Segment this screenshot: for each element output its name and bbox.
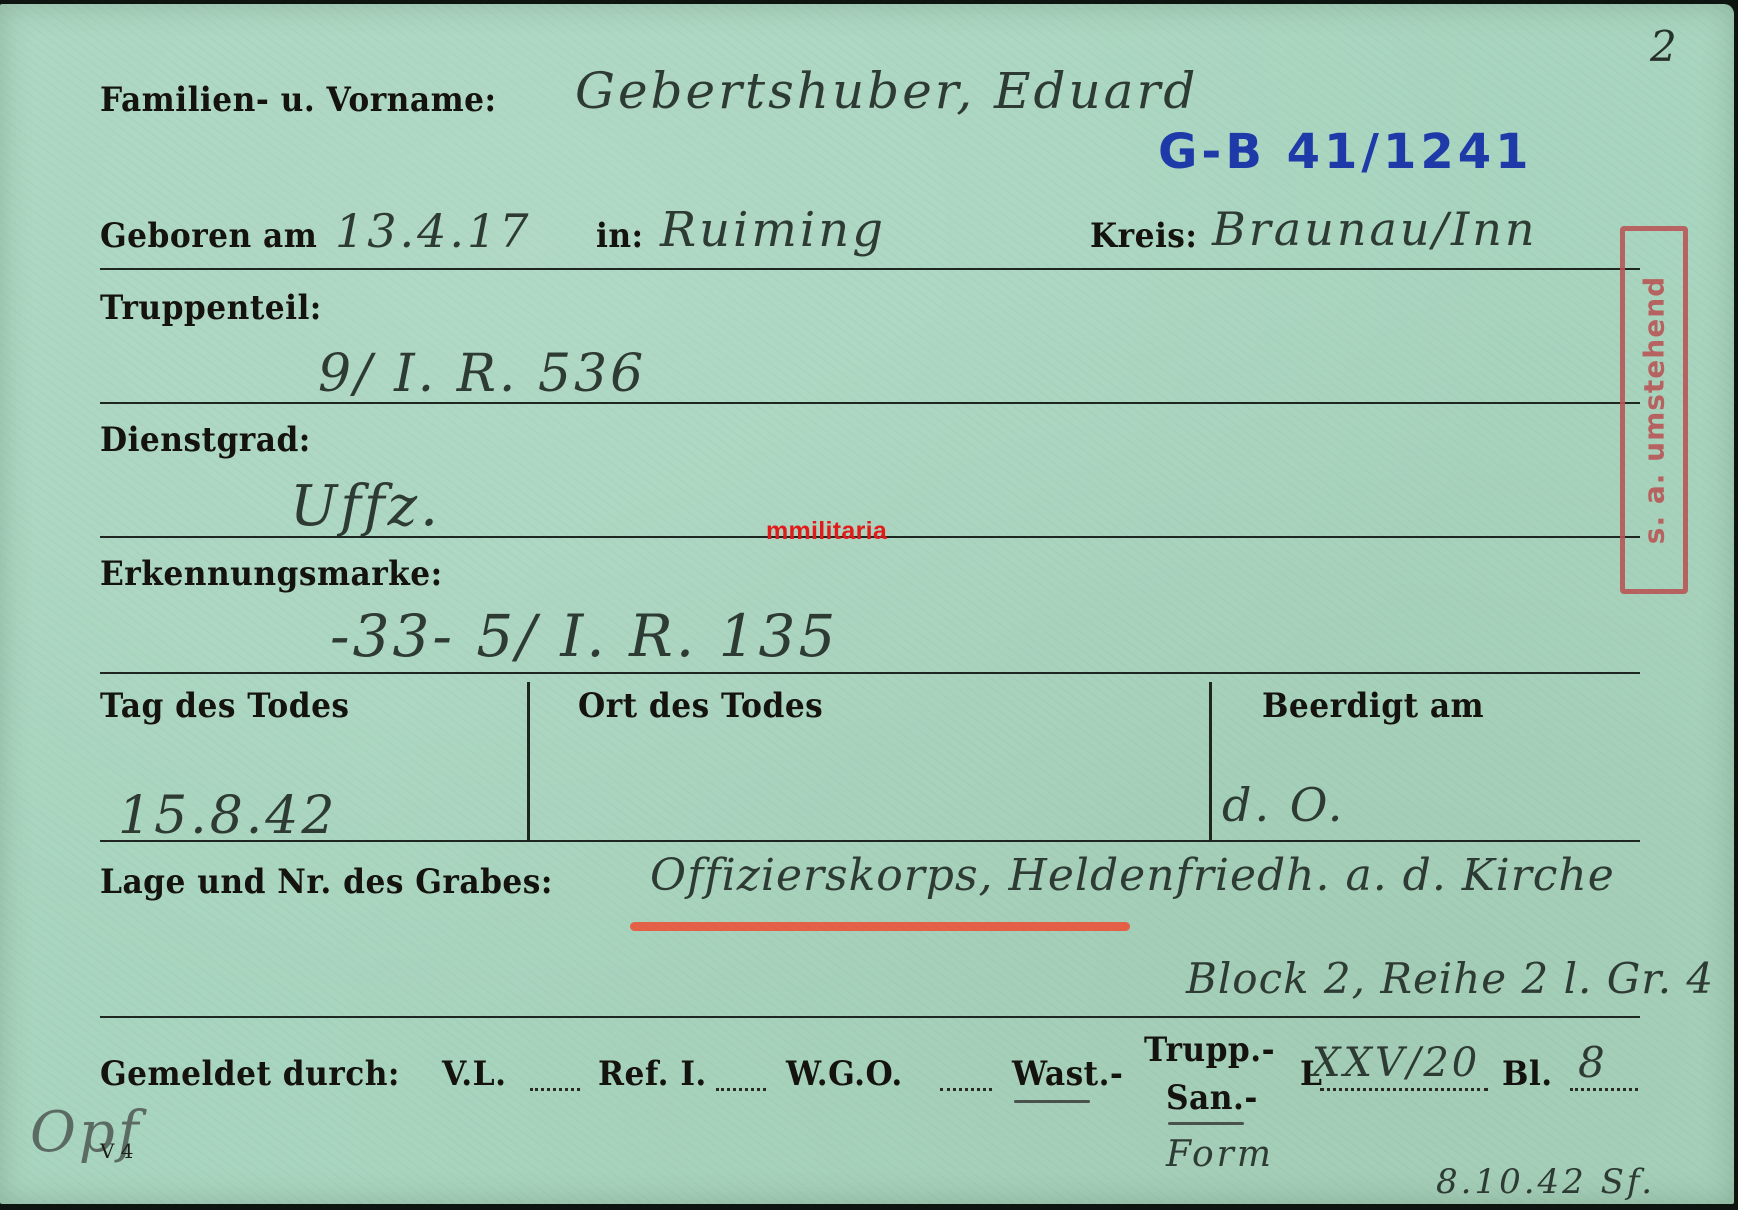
grave-value-line1: Offizierskorps, Heldenfriedh. a. d. Kirc… xyxy=(650,850,1615,901)
reported-by-ref: Ref. I. xyxy=(598,1054,707,1094)
district-label: Kreis: xyxy=(1090,216,1197,256)
date-of-death-label: Tag des Todes xyxy=(100,686,350,726)
sheet-label: Bl. xyxy=(1502,1054,1553,1094)
dots-vl xyxy=(530,1088,580,1091)
watermark: mmilitaria xyxy=(766,517,887,546)
note-under-san: Form xyxy=(1166,1134,1274,1175)
rule-unit xyxy=(100,402,1640,404)
trupp-label: Trupp.- xyxy=(1144,1030,1275,1070)
register-value: XXV/20 xyxy=(1312,1040,1480,1086)
place-of-death-label: Ort des Todes xyxy=(578,686,823,726)
grave-value-line2: Block 2, Reihe 2 l. Gr. 4 xyxy=(1186,954,1714,1003)
reported-by-vl: V.L. xyxy=(442,1054,506,1094)
san-label: San.- xyxy=(1166,1078,1258,1118)
divider-col2 xyxy=(1209,682,1212,840)
born-in-label: in: xyxy=(596,216,644,256)
id-tag-value: -33- 5/ I. R. 135 xyxy=(330,602,838,670)
rubber-stamp: s. a. umstehend xyxy=(1620,226,1688,594)
name-value: Gebertshuber, Eduard xyxy=(575,62,1198,120)
date-signature: 8.10.42 Sf. xyxy=(1436,1162,1655,1202)
page-number: 2 xyxy=(1650,22,1680,71)
district-value: Braunau/Inn xyxy=(1212,202,1537,256)
dots-wgo xyxy=(940,1088,992,1091)
reported-by-wast: Wast.- xyxy=(1012,1054,1123,1094)
grave-label: Lage und Nr. des Grabes: xyxy=(100,862,553,902)
born-on-value: 13.4.17 xyxy=(335,204,532,258)
born-on-label: Geboren am xyxy=(100,216,317,256)
reported-by-label: Gemeldet durch: xyxy=(100,1054,400,1094)
rank-label: Dienstgrad: xyxy=(100,420,311,460)
unit-value: 9/ I. R. 536 xyxy=(318,344,646,404)
date-of-death-value: 15.8.42 xyxy=(118,786,337,846)
rule-death xyxy=(100,840,1640,842)
san-underline xyxy=(1168,1122,1244,1125)
name-label: Familien- u. Vorname: xyxy=(100,80,497,120)
file-reference: G-B 41/1241 xyxy=(1158,124,1533,180)
dots-ref xyxy=(716,1088,766,1091)
dots-sheet xyxy=(1570,1088,1638,1091)
rule-born xyxy=(100,268,1640,270)
wast-underline xyxy=(1014,1100,1090,1103)
buried-on-label: Beerdigt am xyxy=(1262,686,1484,726)
stamp-text: s. a. umstehend xyxy=(1638,276,1671,544)
dots-register xyxy=(1320,1088,1488,1091)
reported-by-wgo: W.G.O. xyxy=(786,1054,903,1094)
id-tag-label: Erkennungsmarke: xyxy=(100,554,443,594)
rule-grave xyxy=(100,1016,1640,1018)
unit-label: Truppenteil: xyxy=(100,288,322,328)
rule-id-tag xyxy=(100,672,1640,674)
divider-col1 xyxy=(527,682,530,840)
buried-on-value: d. O. xyxy=(1222,778,1345,832)
casualty-record-card: 2 Familien- u. Vorname: Gebertshuber, Ed… xyxy=(0,4,1734,1204)
red-pencil-underline xyxy=(630,922,1130,931)
form-code: V 4 xyxy=(100,1139,134,1163)
born-in-value: Ruiming xyxy=(660,202,886,258)
rank-value: Uffz. xyxy=(290,474,441,539)
sheet-value: 8 xyxy=(1578,1038,1608,1087)
